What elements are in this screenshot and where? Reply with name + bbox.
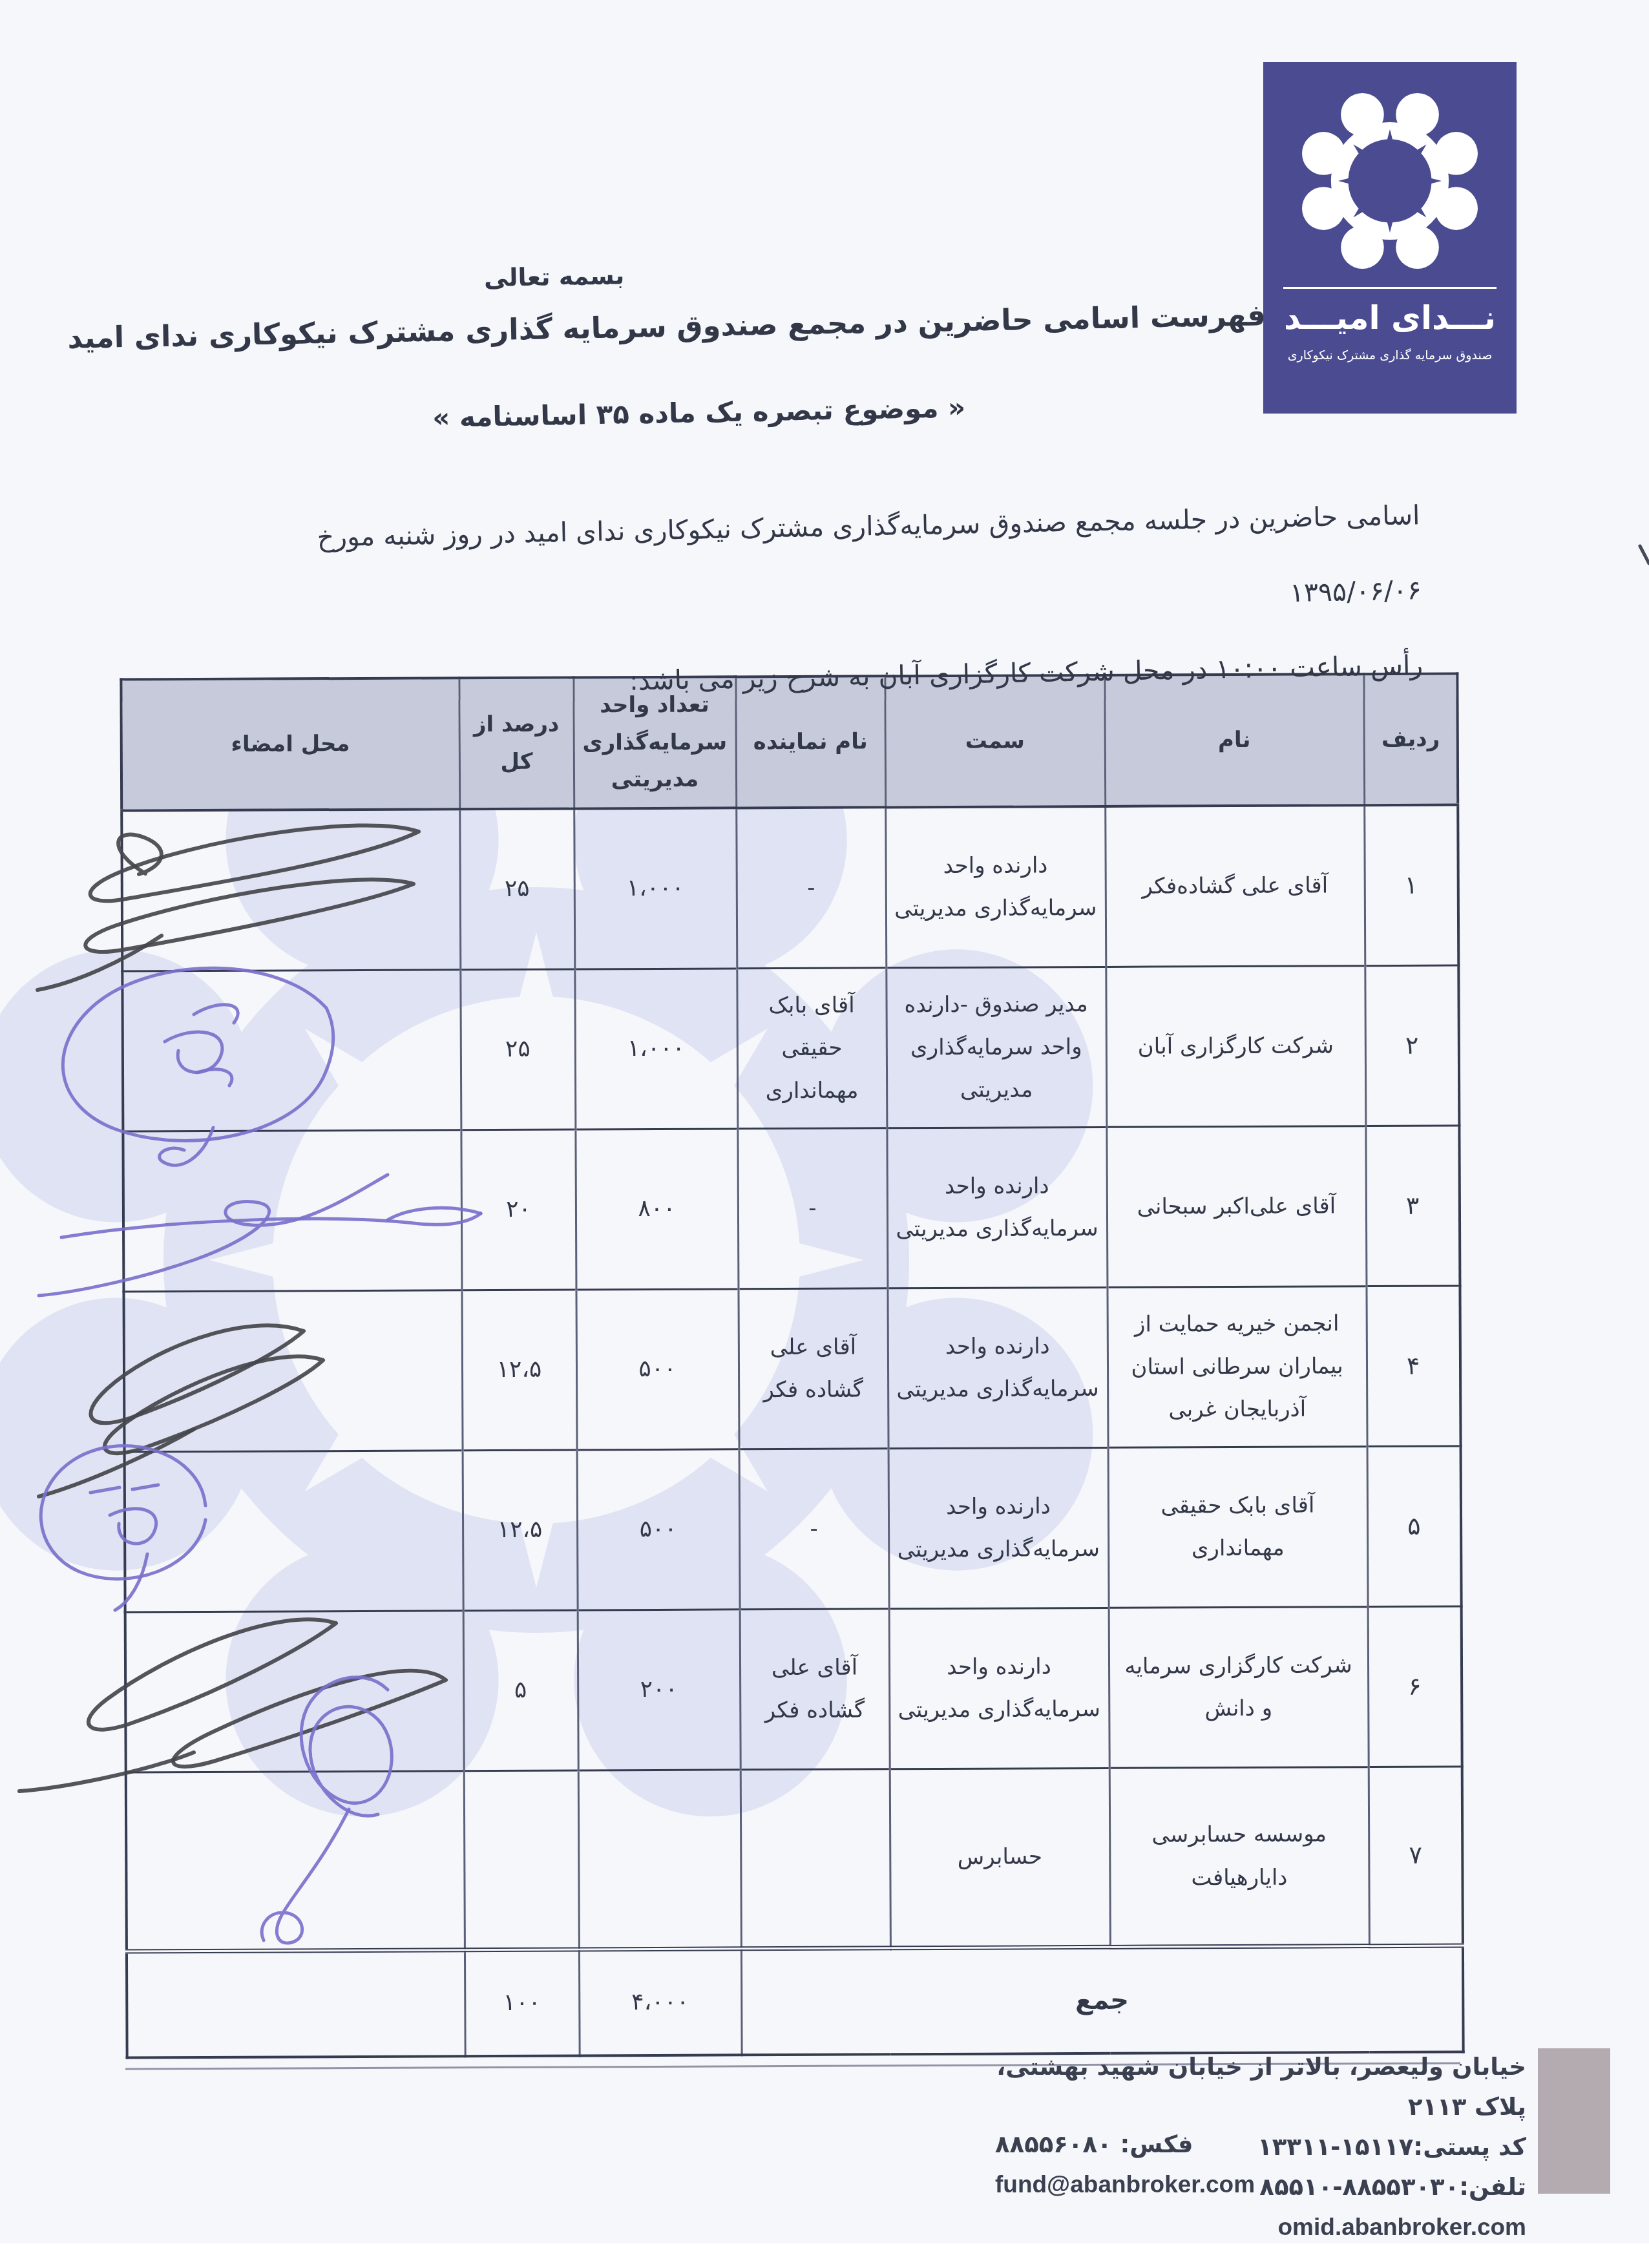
row-6-representative: آقای علی گشاده فکر (740, 1608, 890, 1769)
row-5-signature-cell (125, 1450, 463, 1612)
row-5-representative: - (739, 1448, 889, 1609)
row-7-name: موسسه حسابرسی دایارهیافت (1109, 1767, 1369, 1947)
table-row: ۲ شرکت کارگزاری آبان مدیر صندوق -دارنده … (122, 965, 1459, 1131)
row-6-position: دارنده واحد سرمایه‌گذاری مدیریتی (889, 1608, 1109, 1769)
footer-contact-left: فکس: ۸۸۵۵۶۰۸۰ fund@abanbroker.com (995, 2125, 1266, 2205)
row-4-position: دارنده واحد سرمایه‌گذاری مدیریتی (887, 1287, 1108, 1448)
total-units: ۴،۰۰۰ (579, 1948, 742, 2055)
table-row: ۳ آقای علی‌اکبر سبحانی دارنده واحد سرمای… (123, 1126, 1460, 1292)
row-4-representative: آقای علی گشاده فکر (738, 1288, 888, 1449)
document-header: بسمه تعالی فهرست اسامی حاضرین در مجمع صن… (127, 249, 1268, 465)
document-title: فهرست اسامی حاضرین در مجمع صندوق سرمایه … (129, 298, 1266, 354)
row-5-position: دارنده واحد سرمایه‌گذاری مدیریتی (888, 1447, 1109, 1608)
logo-divider (1283, 287, 1497, 289)
scanned-attendance-document: نـــدای امیـــد صندوق سرمایه گذاری مشترک… (0, 0, 1649, 2268)
row-4-units: ۵۰۰ (576, 1288, 739, 1449)
intro-line-1: اسامی حاضرین در جلسه مجمع صندوق سرمایه‌گ… (205, 478, 1422, 652)
row-2-position: مدیر صندوق -دارنده واحد سرمایه‌گذاری مدی… (886, 967, 1106, 1128)
logo-emblem-icon (1293, 84, 1487, 278)
attendance-table-wrap: ردیف نام سمت نام نماینده تعداد واحد سرما… (122, 672, 1464, 2059)
row-6-units: ۲۰۰ (578, 1609, 740, 1770)
footer-email-link[interactable]: fund@abanbroker.com (995, 2165, 1266, 2205)
row-7-no: ۷ (1369, 1766, 1463, 1946)
row-3-position: دارنده واحد سرمایه‌گذاری مدیریتی (887, 1127, 1107, 1288)
logo-fund-subtitle: صندوق سرمایه گذاری مشترک نیکوکاری (1288, 348, 1493, 362)
fund-logo: نـــدای امیـــد صندوق سرمایه گذاری مشترک… (1263, 62, 1517, 414)
row-2-representative: آقای بابک حقیقی مهمانداری (737, 967, 887, 1128)
row-6-signature-cell (125, 1610, 464, 1772)
total-percent: ۱۰۰ (465, 1949, 580, 2056)
total-signature-cell (127, 1949, 465, 2057)
row-7-representative (740, 1769, 890, 1948)
row-3-no: ۳ (1365, 1126, 1460, 1286)
row-2-no: ۲ (1365, 965, 1459, 1126)
footer-address: خیابان ولیعصر، بالاتر از خیابان شهید بهش… (945, 2047, 1526, 2127)
row-7-percent (464, 1770, 579, 1949)
table-row: ۱ آقای علی گشاده‌فکر دارنده واحد سرمایه‌… (121, 805, 1458, 971)
table-row: ۵ آقای بابک حقیقی مهمانداری دارنده واحد … (125, 1445, 1462, 1612)
row-1-signature-cell (121, 809, 460, 971)
row-6-no: ۶ (1368, 1606, 1462, 1767)
footer-fax: فکس: ۸۸۵۵۶۰۸۰ (995, 2125, 1266, 2165)
row-1-units: ۱،۰۰۰ (574, 808, 737, 969)
row-1-position: دارنده واحد سرمایه‌گذاری مدیریتی (885, 806, 1106, 967)
table-row: ۷ موسسه حسابرسی دایارهیافت حسابرس (126, 1766, 1463, 1951)
row-6-percent: ۵ (463, 1610, 578, 1770)
row-4-signature-cell (123, 1290, 462, 1451)
row-2-name: شرکت کارگزاری آبان (1106, 965, 1365, 1127)
row-7-signature-cell (126, 1770, 465, 1951)
row-1-name: آقای علی گشاده‌فکر (1105, 805, 1365, 967)
row-1-no: ۱ (1364, 805, 1458, 966)
row-5-percent: ۱۲،۵ (463, 1449, 578, 1610)
table-total-row: جمع ۴،۰۰۰ ۱۰۰ (127, 1945, 1464, 2057)
row-2-units: ۱،۰۰۰ (574, 968, 737, 1129)
row-7-units (578, 1769, 741, 1949)
table-row: ۶ شرکت کارگزاری سرمایه و دانش دارنده واح… (125, 1606, 1462, 1772)
footer-website-link[interactable]: omid.abanbroker.com (945, 2207, 1526, 2247)
row-4-no: ۴ (1366, 1285, 1460, 1446)
intro-paragraph: اسامی حاضرین در جلسه مجمع صندوق سرمایه‌گ… (205, 478, 1424, 727)
total-label: جمع (741, 1945, 1464, 2055)
row-5-no: ۵ (1367, 1445, 1462, 1606)
row-3-name: آقای علی‌اکبر سبحانی (1106, 1126, 1366, 1287)
row-4-name: انجمن خیریه حمایت از بیماران سرطانی استا… (1107, 1286, 1367, 1447)
logo-fund-name: نـــدای امیـــد (1284, 299, 1496, 337)
row-3-signature-cell (123, 1129, 461, 1291)
row-6-name: شرکت کارگزاری سرمایه و دانش (1109, 1606, 1369, 1768)
row-3-percent: ۲۰ (461, 1129, 576, 1290)
row-3-representative: - (737, 1128, 887, 1288)
table-row: ۴ انجمن خیریه حمایت از بیماران سرطانی اس… (123, 1285, 1460, 1451)
row-2-percent: ۲۵ (460, 969, 575, 1129)
row-3-units: ۸۰۰ (575, 1128, 738, 1289)
document-subtitle: « موضوع تبصره یک ماده ۳۵ اساسنامه » (130, 386, 1268, 439)
row-5-name: آقای بابک حقیقی مهمانداری (1108, 1446, 1368, 1608)
row-2-signature-cell (122, 969, 461, 1131)
footer-accent-bar (1538, 2048, 1610, 2194)
row-5-units: ۵۰۰ (577, 1449, 740, 1610)
attendance-table: ردیف نام سمت نام نماینده تعداد واحد سرما… (120, 672, 1464, 2059)
row-4-percent: ۱۲،۵ (461, 1289, 576, 1450)
row-1-representative: - (736, 807, 886, 968)
row-1-percent: ۲۵ (459, 808, 574, 969)
row-7-position: حسابرس (890, 1768, 1110, 1948)
